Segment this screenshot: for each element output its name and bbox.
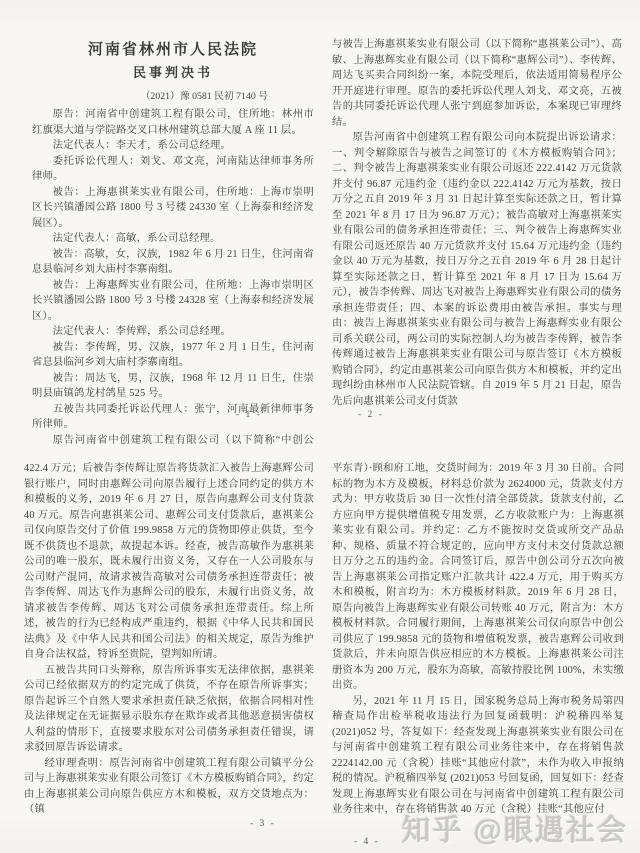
case-number: （2021）豫 0581 民初 7140 号 [32,88,314,102]
page-2-body: 与被告上海惠祺莱实业有限公司（以下简称“惠祺莱公司”）、高敏、上海惠辉实业有限公… [332,28,622,409]
page-2-number: - 2 - [358,410,384,420]
judgment-page-3: 422.4 万元；后被告李传辉让原告将货款汇入被告上海惠辉公司银行账户，同时由惠… [24,452,314,853]
court-name-title: 河南省林州市人民法院 [32,38,314,59]
judgment-paragraph: 另，2021 年 11 月 15 日，国家税务总局上海市税务局第四稽查局作出检举… [332,694,624,818]
judgment-paragraph: 原告河南省中创建筑工程有限公司向本院提出诉讼请求：一、判令解除原告与被告之间签订… [332,130,622,409]
page-3-body: 422.4 万元；后被告李传辉让原告将货款汇入被告上海惠辉公司银行账户，同时由惠… [24,452,314,818]
judgment-paragraph: 被告：周达飞，男，汉族，1968 年 12 月 11 日生，住崇明县庙镇鸽龙村鸽… [32,371,314,402]
judgment-paragraph: 422.4 万元；后被告李传辉让原告将货款汇入被告上海惠辉公司银行账户，同时由惠… [24,461,314,663]
judgment-paragraph: 被告：李传辉，男，汉族，1977 年 2 月 1 日生，住河南省息县临河乡刘大庙… [32,340,314,371]
judgment-paragraph: 被告：高敏，女，汉族，1982 年 6 月 21 日生，住河南省息县临河乡刘大庙… [32,247,314,278]
judgment-paragraph: 法定代表人：李天才，系公司总经理。 [32,138,314,154]
document-type-title: 民事判决书 [32,62,314,81]
judgment-page-1: 河南省林州市人民法院 民事判决书 （2021）豫 0581 民初 7140 号 … [32,28,314,446]
page-1-body: 原告：河南省中创建筑工程有限公司，住所地：林州市红旗渠大道与学院路交叉口林州建筑… [32,107,314,446]
judgment-paragraph: 被告：上海惠辉实业有限公司，住所地：上海市崇明区长兴镇潘园公路 1800 号 3… [32,278,314,325]
judgment-paragraph: 原告：河南省中创建筑工程有限公司，住所地：林州市红旗渠大道与学院路交叉口林州建筑… [32,107,314,138]
judgment-paragraph: 法定代表人：李传辉，系公司总经理。 [32,324,314,340]
judgment-page-2: 与被告上海惠祺莱实业有限公司（以下简称“惠祺莱公司”）、高敏、上海惠辉实业有限公… [332,28,622,446]
judgment-paragraph: 平东青）·顾和府工地，交货时间为：2019 年 3 月 30 日前。合同标的物为… [332,461,624,694]
judgment-paragraph: 五被告共同委托诉讼代理人：张宁，河南最新律师事务所律师。 [32,402,314,433]
judgment-paragraph: 经审理查明：原告河南省中创建筑工程有限公司镇平分公司与上海惠祺莱实业有限公司签订… [24,756,314,818]
page-3-number: - 3 - [250,819,276,829]
judgment-paragraph: 被告：上海惠祺莱实业有限公司，住所地：上海市崇明区长兴镇潘园公路 1800 号 … [32,185,314,232]
scanned-judgment-sheet: 河南省林州市人民法院 民事判决书 （2021）豫 0581 民初 7140 号 … [0,0,640,853]
judgment-page-4: 平东青）·顾和府工地，交货时间为：2019 年 3 月 30 日前。合同标的物为… [332,452,624,853]
judgment-paragraph: 法定代表人：高敏，系公司总经理。 [32,231,314,247]
page-4-number: - 4 - [354,837,380,847]
judgment-paragraph: 委托诉讼代理人：刘戈、邓文亮，河南陆达律师事务所律师。 [32,154,314,185]
judgment-paragraph: 与被告上海惠祺莱实业有限公司（以下简称“惠祺莱公司”）、高敏、上海惠辉实业有限公… [332,37,622,130]
judgment-paragraph: 原告河南省中创建筑工程有限公司（以下简称“中创公司”） [32,433,314,447]
judgment-paragraph: 五被告共同口头辩称，原告所诉事实无法律依据，惠祺莱公司已经依据双方的约定完成了供… [24,663,314,756]
page-1-number: - 1 - [236,410,262,420]
page-4-body: 平东青）·顾和府工地，交货时间为：2019 年 3 月 30 日前。合同标的物为… [332,452,624,818]
